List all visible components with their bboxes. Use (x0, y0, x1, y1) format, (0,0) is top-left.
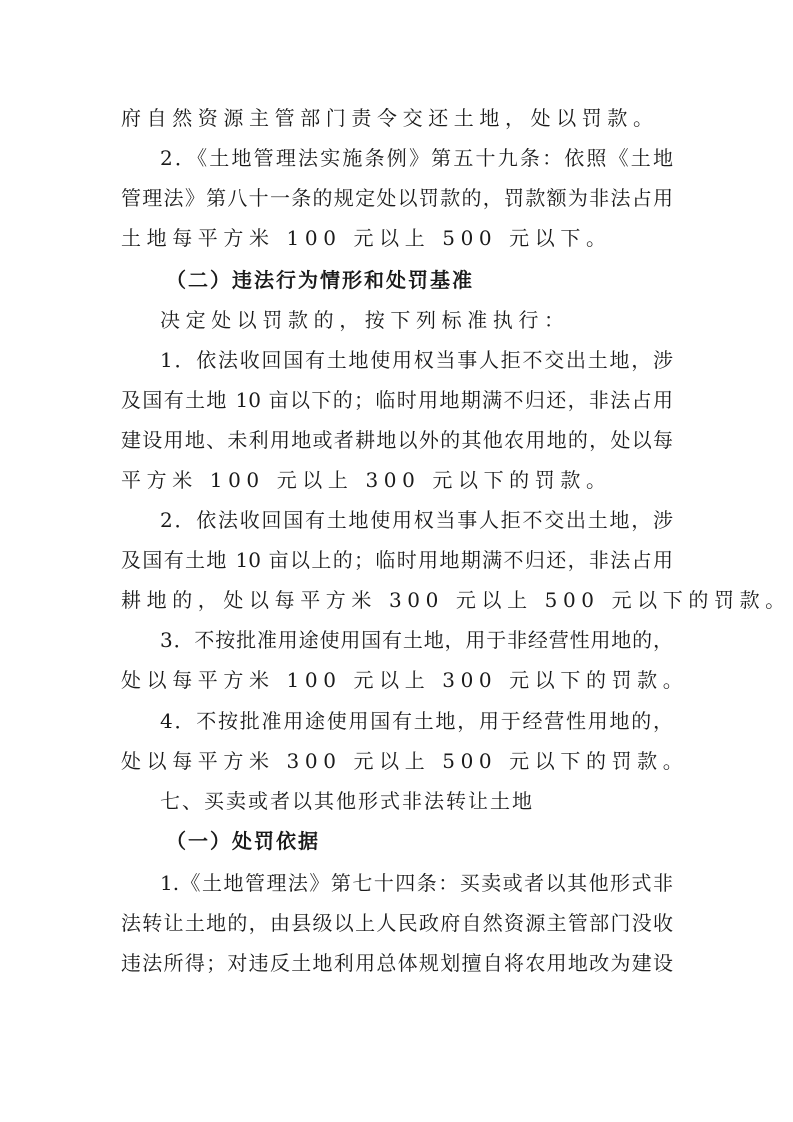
paragraph-line: 土地每平方米 100 元以上 500 元以下。 (121, 223, 673, 253)
paragraph-line: 管理法》第八十一条的规定处以罚款的，罚款额为非法占用 (121, 183, 673, 213)
paragraph-line: 3．不按批准用途使用国有土地，用于非经营性用地的， (160, 625, 673, 655)
paragraph-line: 及国有土地 10 亩以下的；临时用地期满不归还，非法占用 (121, 385, 673, 415)
section-subheading: （一）处罚依据 (166, 826, 718, 856)
document-page: 府自然资源主管部门责令交还土地，处以罚款。 2．《土地管理法实施条例》第五十九条… (0, 0, 793, 1122)
paragraph-line: 及国有土地 10 亩以上的；临时用地期满不归还，非法占用 (121, 545, 673, 575)
paragraph-line: 处以每平方米 300 元以上 500 元以下的罚款。 (121, 746, 673, 776)
paragraph-line: 1．依法收回国有土地使用权当事人拒不交出土地，涉 (160, 345, 673, 375)
paragraph-line: 府自然资源主管部门责令交还土地，处以罚款。 (121, 103, 673, 133)
paragraph-line: 建设用地、未利用地或者耕地以外的其他农用地的，处以每 (121, 425, 673, 455)
paragraph-line: 决定处以罚款的，按下列标准执行： (160, 305, 673, 335)
paragraph-line: 平方米 100 元以上 300 元以下的罚款。 (121, 465, 673, 495)
paragraph-line: 处以每平方米 100 元以上 300 元以下的罚款。 (121, 665, 673, 695)
paragraph-line: 1.《土地管理法》第七十四条：买卖或者以其他形式非 (160, 868, 673, 898)
paragraph-line: 耕地的，处以每平方米 300 元以上 500 元以下的罚款。 (121, 585, 673, 615)
section-heading: 七、买卖或者以其他形式非法转让土地 (160, 786, 673, 816)
paragraph-line: 法转让土地的，由县级以上人民政府自然资源主管部门没收 (121, 908, 673, 938)
paragraph-line: 4．不按批准用途使用国有土地，用于经营性用地的， (160, 706, 673, 736)
section-subheading: （二）违法行为情形和处罚基准 (166, 265, 718, 295)
paragraph-line: 违法所得；对违反土地利用总体规划擅自将农用地改为建设 (121, 948, 673, 978)
paragraph-line: 2．《土地管理法实施条例》第五十九条：依照《土地 (160, 143, 673, 173)
paragraph-line: 2．依法收回国有土地使用权当事人拒不交出土地，涉 (160, 505, 673, 535)
